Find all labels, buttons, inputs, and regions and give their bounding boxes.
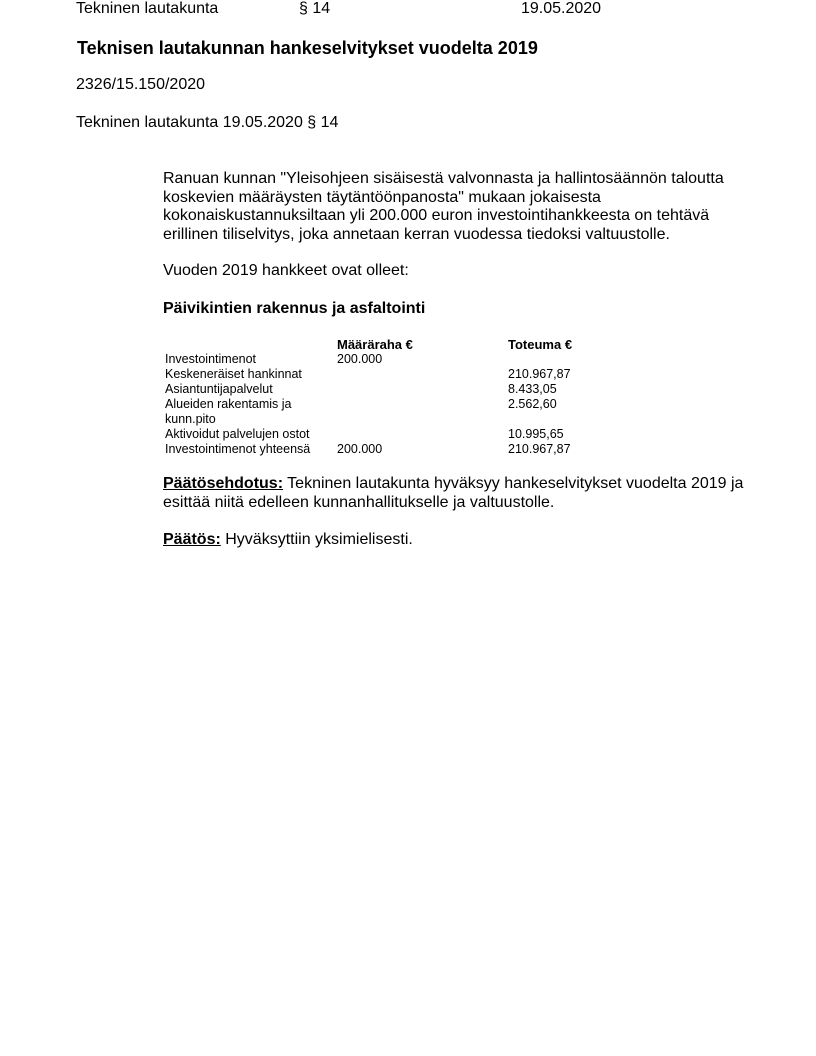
intro-paragraph: Ranuan kunnan "Yleisohjeen sisäisestä va… [163, 170, 753, 244]
table-row: Keskeneräiset hankinnat210.967,87 [163, 367, 608, 382]
table-row: Alueiden rakentamis ja kunn.pito2.562,60 [163, 397, 608, 427]
row-label: Investointimenot [163, 352, 337, 367]
table-row: Aktivoidut palvelujen ostot10.995,65 [163, 427, 608, 442]
cost-table-header: Määräraha € Toteuma € [163, 337, 608, 352]
row-budget [337, 397, 508, 427]
meeting-reference: Tekninen lautakunta 19.05.2020 § 14 [76, 114, 338, 132]
decision-label: Päätös: [163, 531, 221, 548]
row-actual: 10.995,65 [508, 427, 608, 442]
row-budget: 200.000 [337, 442, 508, 457]
reference-number: 2326/15.150/2020 [76, 76, 205, 94]
row-budget [337, 427, 508, 442]
table-row: Investointimenot yhteensä200.000210.967,… [163, 442, 608, 457]
row-actual: 8.433,05 [508, 382, 608, 397]
row-actual: 2.562,60 [508, 397, 608, 427]
row-actual: 210.967,87 [508, 442, 608, 457]
decision: Päätös: Hyväksyttiin yksimielisesti. [163, 531, 753, 550]
row-label: Alueiden rakentamis ja kunn.pito [163, 397, 337, 427]
row-label: Keskeneräiset hankinnat [163, 367, 337, 382]
cost-table: Määräraha € Toteuma € Investointimenot20… [163, 337, 608, 457]
project-title: Päivikintien rakennus ja asfaltointi [163, 300, 425, 318]
header-budget: Määräraha € [337, 337, 508, 352]
row-actual [508, 352, 608, 367]
header-date: 19.05.2020 [521, 0, 601, 18]
row-budget [337, 367, 508, 382]
header-board-name: Tekninen lautakunta [76, 0, 218, 18]
proposal-label: Päätösehdotus: [163, 475, 283, 492]
document-title: Teknisen lautakunnan hankeselvitykset vu… [77, 37, 538, 59]
header-section-number: § 14 [299, 0, 330, 18]
projects-lead-text: Vuoden 2019 hankkeet ovat olleet: [163, 262, 753, 281]
table-row: Investointimenot200.000 [163, 352, 608, 367]
row-actual: 210.967,87 [508, 367, 608, 382]
decision-proposal: Päätösehdotus: Tekninen lautakunta hyväk… [163, 475, 753, 512]
table-row: Asiantuntijapalvelut8.433,05 [163, 382, 608, 397]
row-budget: 200.000 [337, 352, 508, 367]
row-label: Aktivoidut palvelujen ostot [163, 427, 337, 442]
row-label: Investointimenot yhteensä [163, 442, 337, 457]
row-budget [337, 382, 508, 397]
header-label [163, 337, 337, 352]
row-label: Asiantuntijapalvelut [163, 382, 337, 397]
decision-text: Hyväksyttiin yksimielisesti. [221, 531, 413, 548]
header-actual: Toteuma € [508, 337, 608, 352]
